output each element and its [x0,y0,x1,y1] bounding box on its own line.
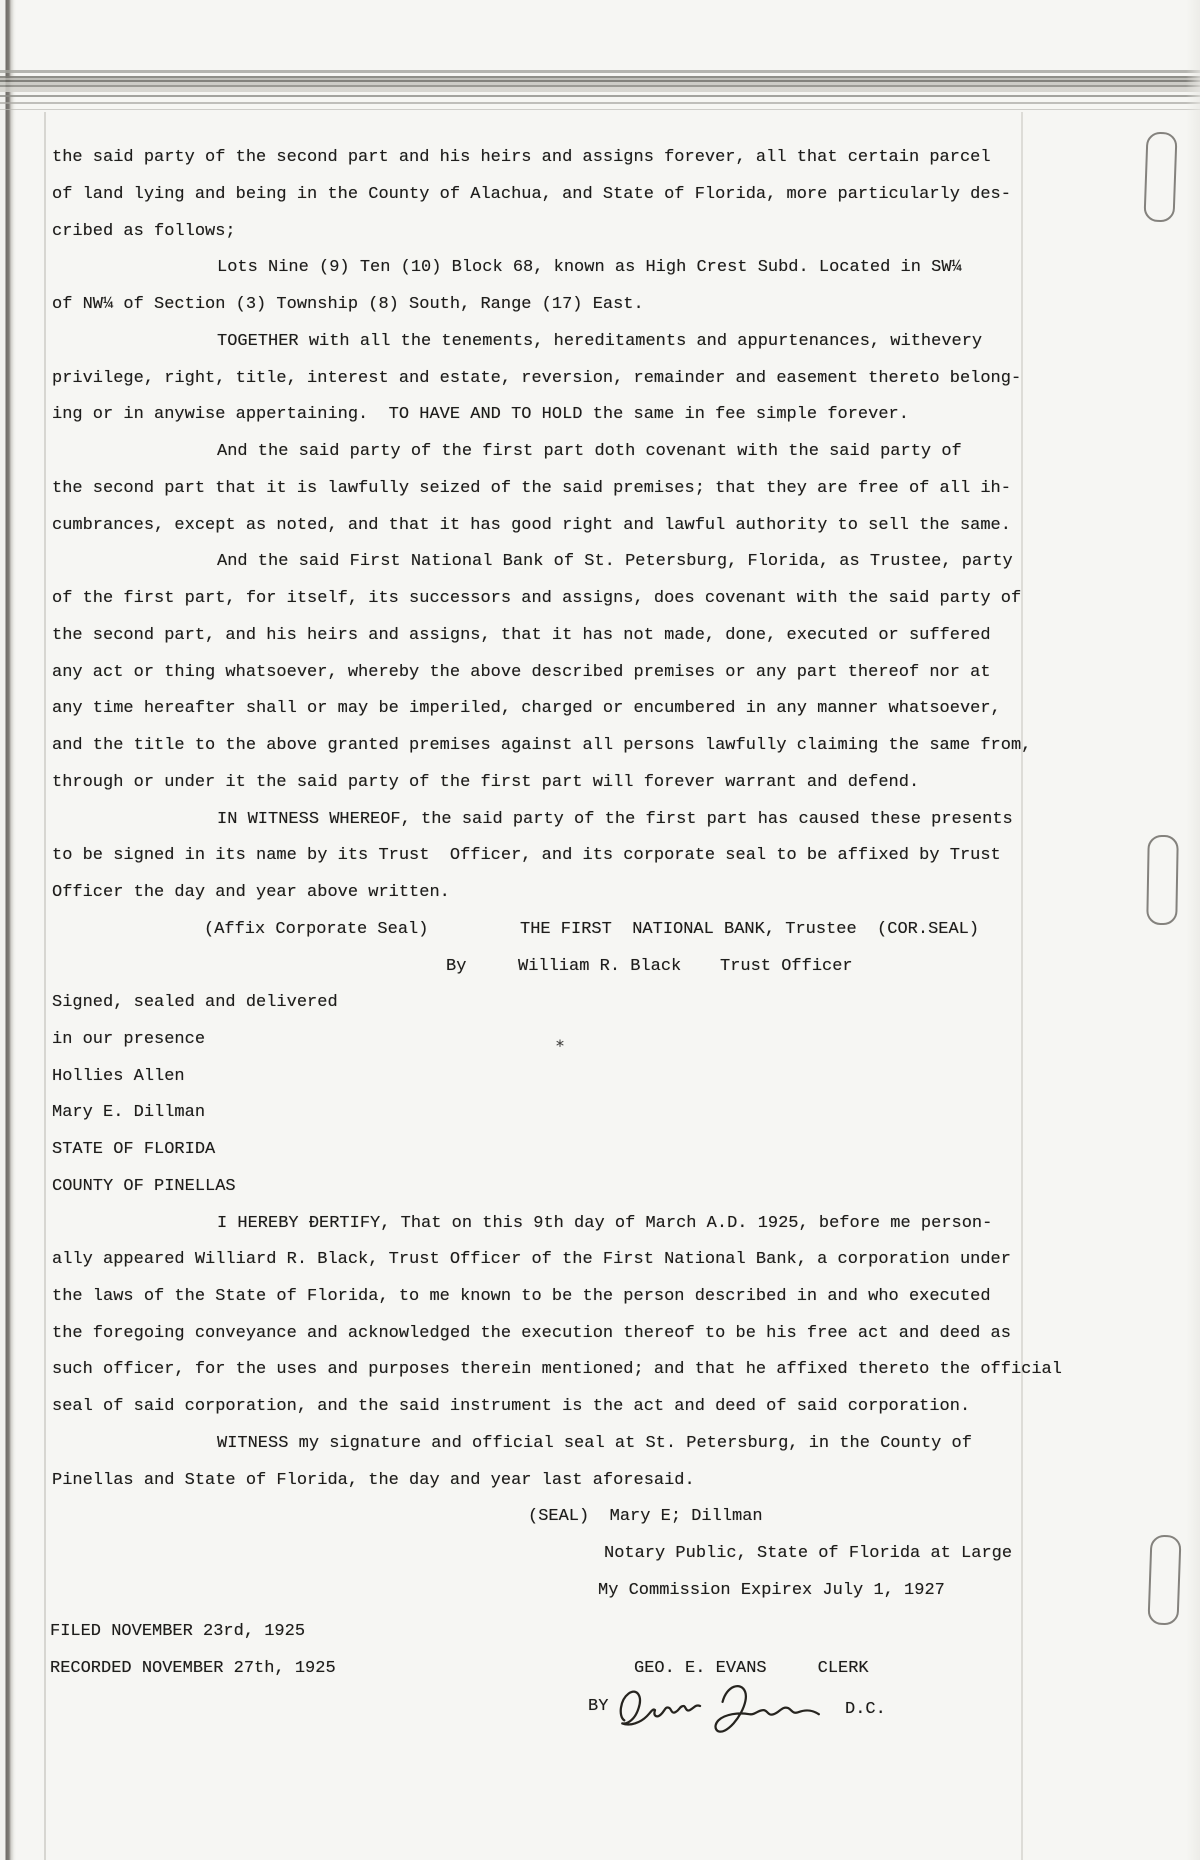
document-line: THE FIRST NATIONAL BANK, Trustee (COR.SE… [520,920,979,940]
document-line: ally appeared Williard R. Black, Trust O… [52,1250,1011,1270]
document-line: And the said party of the first part dot… [217,442,962,462]
document-line: of land lying and being in the County of… [52,185,1011,205]
document-line: cribed as follows; [52,222,236,242]
document-line: through or under it the said party of th… [52,773,919,793]
document-line: of the first part, for itself, its succe… [52,589,1021,609]
deputy-clerk-signature: Doris Jones [612,1672,827,1740]
scan-artifact-band [0,70,1200,73]
document-line: STATE OF FLORIDA [52,1140,215,1160]
margin-rule-right [1021,112,1023,1860]
document-line: William R. Black [518,957,681,977]
deed-record-page: the said party of the second part and hi… [0,0,1200,1860]
binder-ring-mark [1147,1534,1181,1625]
document-line: any time hereafter shall or may be imper… [52,699,1001,719]
document-line: Pinellas and State of Florida, the day a… [52,1471,695,1491]
document-line: the laws of the State of Florida, to me … [52,1287,991,1307]
book-spine-edge [0,0,16,1860]
document-line: RECORDED NOVEMBER 27th, 1925 [50,1659,336,1679]
document-line: in our presence [52,1030,205,1050]
binder-ring-mark [1146,835,1179,926]
document-line: Lots Nine (9) Ten (10) Block 68, known a… [217,258,962,278]
scan-artifact-band [0,76,1200,92]
document-line: Officer the day and year above written. [52,883,450,903]
document-line: My Commission Expirex July 1, 1927 [598,1581,945,1601]
document-line: seal of said corporation, and the said i… [52,1397,970,1417]
document-line: such officer, for the uses and purposes … [52,1360,1062,1380]
scan-artifact-band [0,109,1200,110]
document-line: the said party of the second part and hi… [52,148,991,168]
document-line: Mary E. Dillman [52,1103,205,1123]
document-line: TOGETHER with all the tenements, heredit… [217,332,982,352]
document-line: (Affix Corporate Seal) [204,920,428,940]
document-line: (SEAL) Mary E; Dillman [528,1507,763,1527]
margin-rule-left [44,112,46,1860]
document-line: the foregoing conveyance and acknowledge… [52,1324,1011,1344]
document-line: the second part, and his heirs and assig… [52,626,991,646]
scan-artifact-band [0,102,1200,104]
document-line: COUNTY OF PINELLAS [52,1177,236,1197]
document-line: cumbrances, except as noted, and that it… [52,516,1011,536]
document-line: FILED NOVEMBER 23rd, 1925 [50,1622,305,1642]
document-line: BY [588,1697,608,1717]
paper-right-edge [1186,0,1200,1860]
document-line: privilege, right, title, interest and es… [52,369,1021,389]
document-line: Signed, sealed and delivered [52,993,338,1013]
document-line: IN WITNESS WHEREOF, the said party of th… [217,810,1013,830]
document-line: and the title to the above granted premi… [52,736,1031,756]
document-line: Hollies Allen [52,1067,185,1087]
document-line: the second part that it is lawfully seiz… [52,479,1011,499]
document-line: And the said First National Bank of St. … [217,552,1013,572]
scan-artifact-band [0,95,1200,97]
document-line: Trust Officer [720,957,853,977]
document-line: Notary Public, State of Florida at Large [604,1544,1012,1564]
document-line: of NW¼ of Section (3) Township (8) South… [52,295,644,315]
document-line: D.C. [845,1700,886,1720]
document-line: * [556,1036,564,1056]
document-line: WITNESS my signature and official seal a… [217,1434,972,1454]
document-line: to be signed in its name by its Trust Of… [52,846,1001,866]
document-line: By [446,957,466,977]
document-line: I HEREBY ĐERTIFY, That on this 9th day o… [217,1214,992,1234]
document-line: ing or in anywise appertaining. TO HAVE … [52,405,909,425]
document-line: any act or thing whatsoever, whereby the… [52,663,991,683]
binder-ring-mark [1143,131,1177,222]
